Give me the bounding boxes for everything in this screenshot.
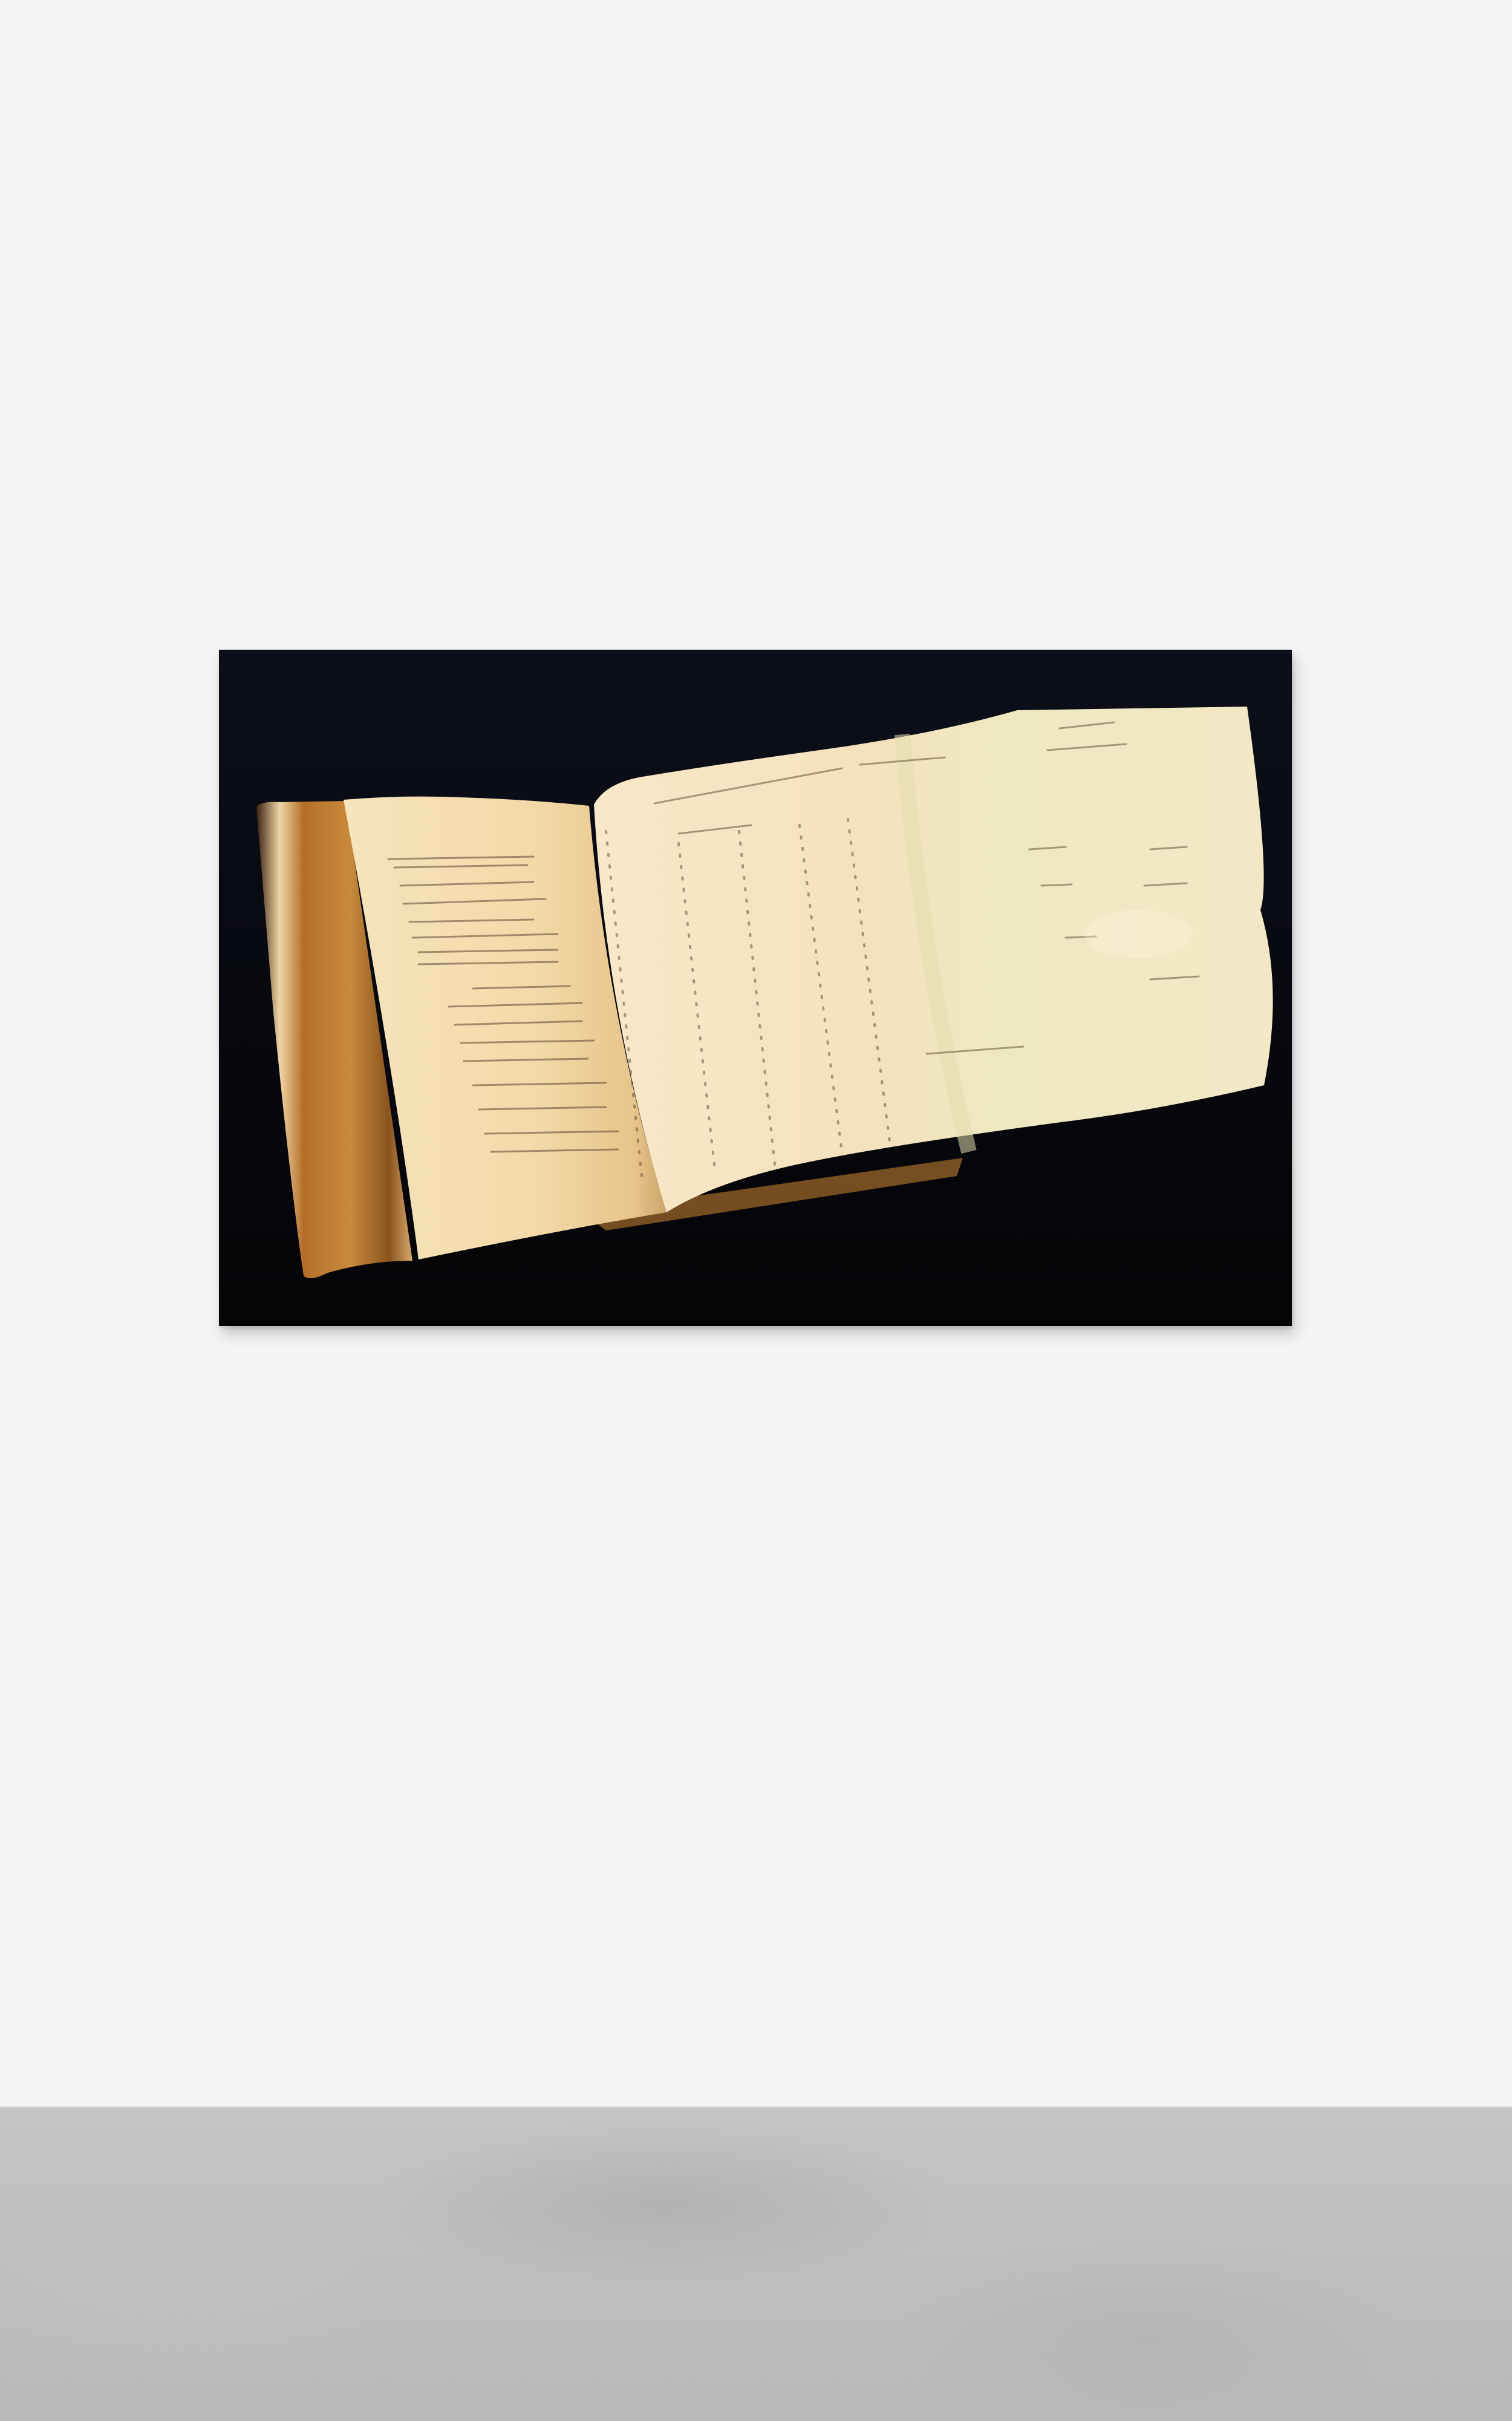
gallery-floor [0,2106,1512,2421]
page-highlight [1084,910,1193,958]
painting-canvas [219,650,1292,1326]
painting-book-illustration [219,650,1292,1326]
